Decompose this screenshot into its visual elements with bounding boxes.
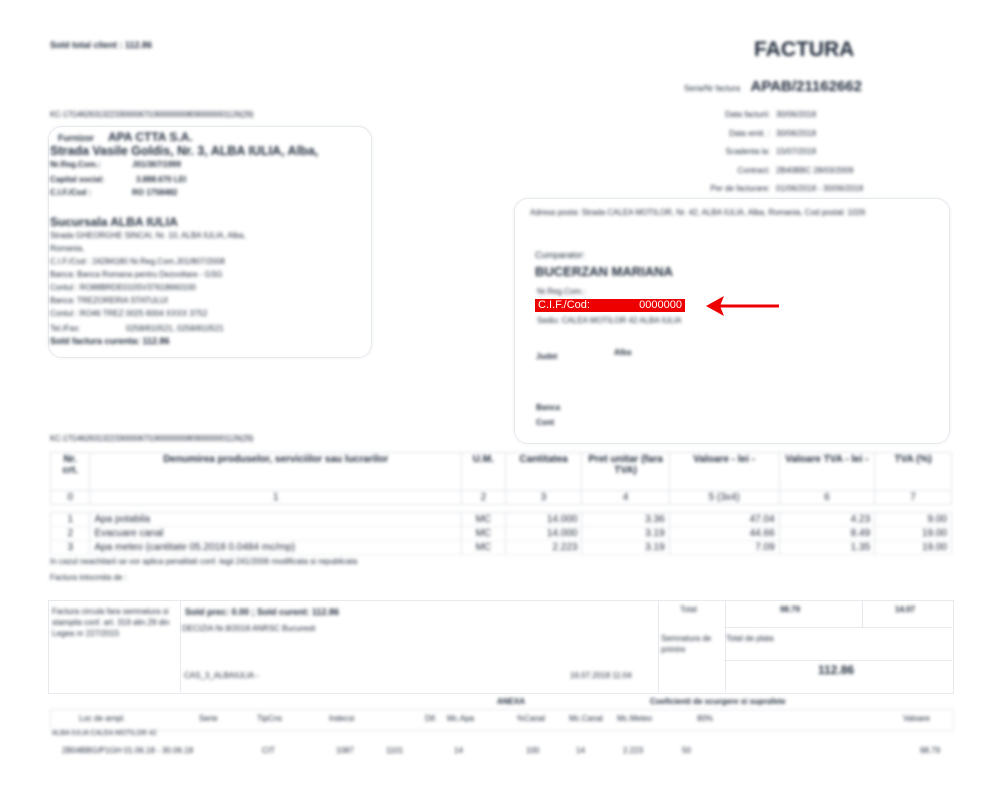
total-value: 98.79 [780,605,800,614]
meta-date: Data facturii:30/06/2018 [660,106,863,125]
buyer-name: BUCERZAN MARIANA [535,264,673,279]
annex-title: ANEXA [497,697,525,706]
meta-period: Per de facturare:01/06/2018 - 30/06/2018 [660,180,863,199]
total-plata-label: Total de plata [726,634,774,643]
col-header: Valoare TVA - lei - [779,453,874,491]
col-header: Denumirea produselor, serviciilor sau lu… [90,453,462,491]
annex-header: Loc de arnpl. Serie TipCns Indecsi Dif. … [50,709,954,731]
col-header: TVA (%) [875,453,952,491]
judet-label: Judet [536,352,557,361]
cont-label: Cont [536,418,554,427]
penalty-note: In cazul neachitarii se vor aplica penal… [50,557,952,566]
supplier-label: Furnizor [58,133,94,143]
decizie: DECIZIA Nr.8/2018 ANRSC Bucuresti [182,624,315,633]
buyer-postal-address: Adresa posta: Strada CALEA MOTILOR, Nr. … [530,207,950,218]
branch-title: Sucursala ALBA IULIA [50,215,380,229]
col-header: Cantitatea [505,453,582,491]
col-header: Pret unitar (fara TVA) [582,453,669,491]
supplier-name: APA CTTA S.A. [108,130,193,144]
timestamp: 16.07.2018 11:04 [570,671,632,680]
cas-label: CAS_3_ALBAIULIA - [184,671,259,680]
total-label: Total [680,605,697,614]
table-row: 3Apa meteo (cantitate 05.2018 0.0484 mc/… [51,541,952,555]
coef-title: Coeficienti de scurgere si suprafete [650,697,786,706]
sold-factura-curenta: Sold factura curenta: 112.86 [50,336,380,346]
invoice-meta: Data facturii:30/06/2018 Data emit. :30/… [660,106,863,199]
col-header: Valoare - lei - [669,453,779,491]
buyer-cif-highlight: C.I.F./Cod: 0000000 [535,299,685,312]
table-row: 1Apa potabilaMC14.0003.3647.044.239.00 [51,513,952,527]
banca-label: Banca [536,403,560,412]
judet-value: Alba [614,348,631,357]
series-label: Seria/Nr factura [684,84,740,93]
supplier-address: Strada Vasile Goldis, Nr. 3, ALBA IULIA,… [50,144,380,158]
items-index-row: 01 23 45 (3x4) 67 [51,491,952,505]
buyer-cif-value: 0000000 [639,299,682,312]
items-table-wrap: Nr. crt.Denumirea produselor, serviciilo… [50,452,952,582]
invoice-series: Seria/Nr factura APAB/21162662 [684,78,862,96]
invoice-title: FACTURA [754,38,854,62]
total-tva: 14.07 [895,605,915,614]
branch-details: Strada GHEORGHE SINCAI, Nr. 10, ALBA IUL… [50,229,380,320]
col-header: U.M. [462,453,506,491]
semnatura-label: Semnatura de primire [661,633,723,655]
buyer-reg-com: Nr.Reg.Com.: [537,287,585,296]
items-table: Nr. crt.Denumirea produselor, serviciilo… [50,452,952,555]
buyer-cif-label: C.I.F./Cod: [538,299,590,312]
barcode-text-top: KC-17G46263132233000067I1900000008090000… [50,110,253,119]
items-header-row: Nr. crt.Denumirea produselor, serviciilo… [51,453,952,491]
sold-line: Sold prec: 0.00 ; Sold curent: 112.86 [185,607,339,617]
annex-location: ALBA IULIA CALEA MOTILOR 42 [52,730,157,737]
table-row: 2Evacuare canalMC14.0003.1944.668.4919.0… [51,527,952,541]
annex-row: 2B04BBG/P1GH 01.06.18 - 30.06.18 CIT 108… [50,742,952,760]
intocmita-de: Factura intocmita de : [50,573,952,582]
barcode-text-table: KC-17G46263132233000067I1900000008090000… [50,434,253,443]
circulatie-note: Factura circula fara semnatura si stampi… [52,606,176,639]
total-plata-value: 112.86 [818,663,854,677]
buyer-label: Cumparator: [535,250,585,260]
sold-total-client: Sold total client : 112.86 [50,40,152,50]
meta-contract: Contract:2B40BBC 28/03/2009 [660,162,863,181]
meta-emit: Data emit. :30/06/2018 [660,125,863,144]
supplier-section: FurnizorAPA CTTA S.A. Strada Vasile Gold… [50,130,380,346]
meta-due: Scadenta la:15/07/2018 [660,143,863,162]
red-arrow-icon [706,294,780,318]
series-value: APAB/21162662 [750,78,861,95]
buyer-sediu: Sediu: CALEA MOTILOR 42 ALBA IULIA [537,316,682,325]
col-header: Nr. crt. [51,453,90,491]
